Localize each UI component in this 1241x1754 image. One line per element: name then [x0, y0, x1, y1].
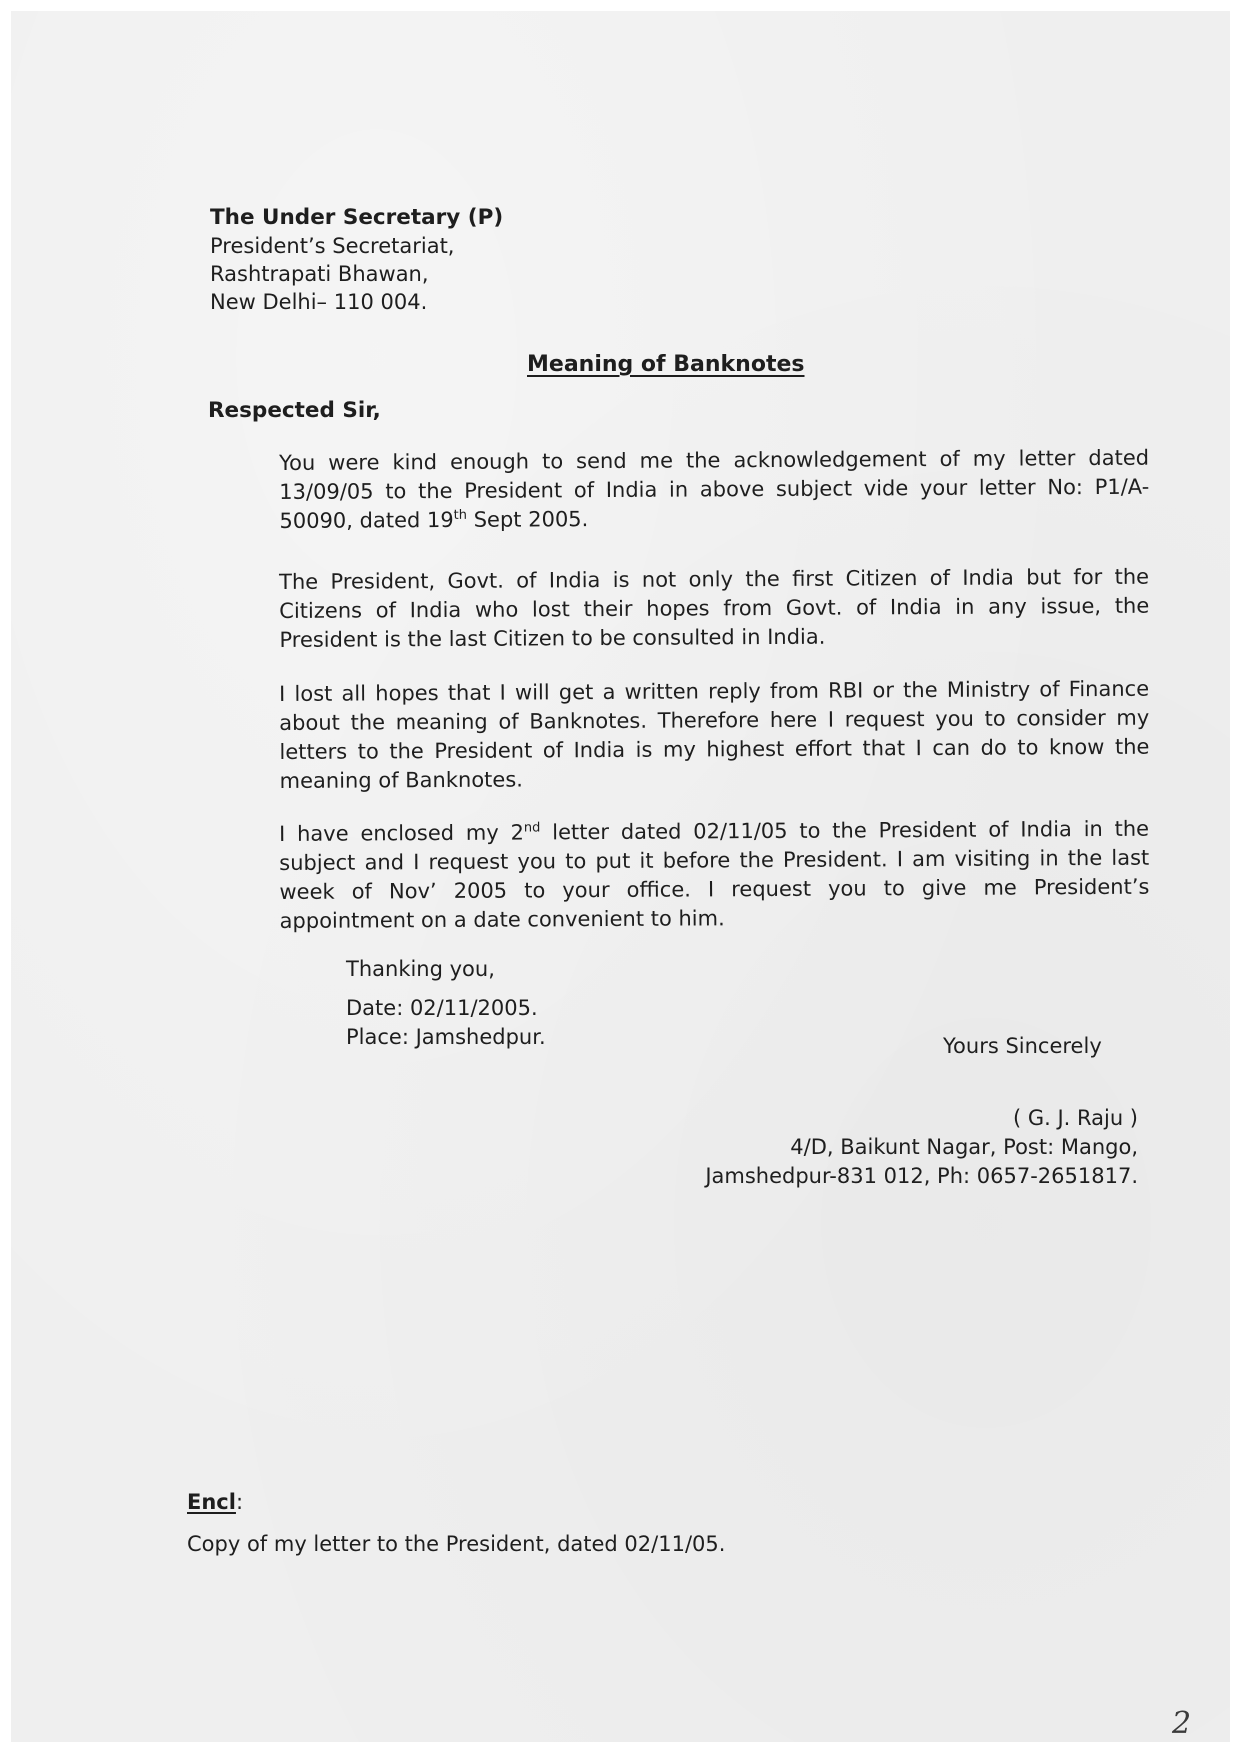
body-paragraph-1: You were kind enough to send me the ackn…	[279, 444, 1150, 536]
date-line: Date: 02/11/2005.	[346, 994, 546, 1023]
body-paragraph-4: I have enclosed my 2nd letter dated 02/1…	[279, 815, 1150, 936]
sign-off: Yours Sincerely	[943, 1034, 1102, 1058]
place-line: Place: Jamshedpur.	[346, 1023, 546, 1052]
signatory-address: 4/D, Baikunt Nagar, Post: Mango,	[705, 1133, 1138, 1162]
handwritten-page-number: 2	[1172, 1706, 1191, 1741]
body-paragraph-2: The President, Govt. of India is not onl…	[279, 563, 1150, 655]
recipient-line: Rashtrapati Bhawan,	[210, 260, 503, 288]
enclosure-label: Encl:	[187, 1490, 243, 1514]
salutation: Respected Sir,	[208, 398, 381, 423]
recipient-line: New Delhi– 110 004.	[210, 288, 503, 316]
enclosure-text: Copy of my letter to the President, date…	[187, 1532, 725, 1556]
signature-block: ( G. J. Raju ) 4/D, Baikunt Nagar, Post:…	[705, 1104, 1138, 1191]
recipient-address: The Under Secretary (P) President’s Secr…	[210, 204, 503, 316]
letter-subject: Meaning of Banknotes	[527, 352, 805, 377]
signatory-contact: Jamshedpur-831 012, Ph: 0657-2651817.	[705, 1162, 1138, 1191]
recipient-title: The Under Secretary (P)	[210, 204, 503, 232]
thanking-line: Thanking you,	[346, 955, 546, 984]
signatory-name: ( G. J. Raju )	[705, 1104, 1138, 1133]
recipient-line: President’s Secretariat,	[210, 232, 503, 260]
body-paragraph-3: I lost all hopes that I will get a writt…	[279, 675, 1150, 796]
closing-block: Thanking you, Date: 02/11/2005. Place: J…	[346, 955, 546, 1052]
